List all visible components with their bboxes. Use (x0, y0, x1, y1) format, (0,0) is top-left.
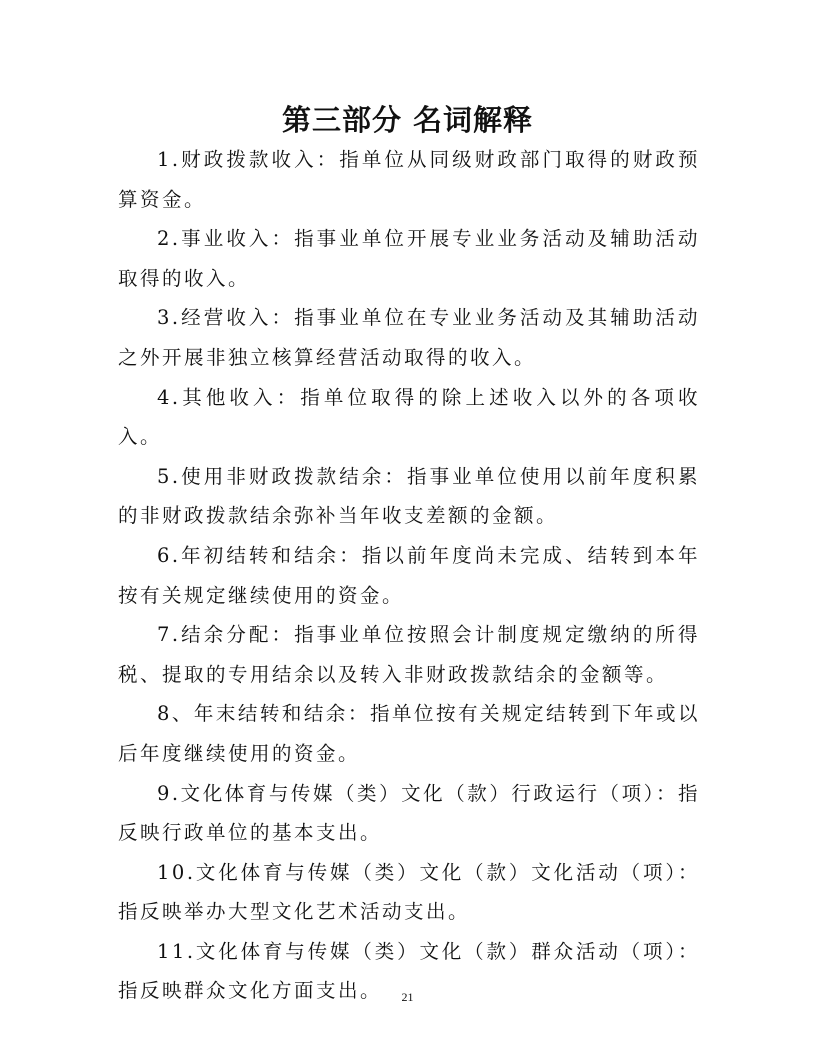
definition-item: 2.事业收入：指事业单位开展专业业务活动及辅助活动取得的收入。 (118, 219, 700, 298)
definition-item: 7.结余分配：指事业单位按照会计制度规定缴纳的所得税、提取的专用结余以及转入非财… (118, 615, 700, 694)
definition-item: 3.经营收入：指事业单位在专业业务活动及其辅助活动之外开展非独立核算经营活动取得… (118, 298, 700, 377)
definition-item: 1.财政拨款收入：指单位从同级财政部门取得的财政预算资金。 (118, 140, 700, 219)
definitions-list: 1.财政拨款收入：指单位从同级财政部门取得的财政预算资金。 2.事业收入：指事业… (118, 140, 700, 1011)
definition-item: 5.使用非财政拨款结余：指事业单位使用以前年度积累的非财政拨款结余弥补当年收支差… (118, 457, 700, 536)
definition-item: 6.年初结转和结余：指以前年度尚未完成、结转到本年按有关规定继续使用的资金。 (118, 536, 700, 615)
definition-item: 8、年末结转和结余：指单位按有关规定结转到下年或以后年度继续使用的资金。 (118, 694, 700, 773)
page-number: 21 (0, 990, 815, 1005)
definition-item: 4.其他收入：指单位取得的除上述收入以外的各项收入。 (118, 378, 700, 457)
definition-item: 9.文化体育与传媒（类）文化（款）行政运行（项）：指反映行政单位的基本支出。 (118, 774, 700, 853)
definition-item: 10.文化体育与传媒（类）文化（款）文化活动（项）：指反映举办大型文化艺术活动支… (118, 853, 700, 932)
page-title: 第三部分 名词解释 (0, 98, 815, 139)
